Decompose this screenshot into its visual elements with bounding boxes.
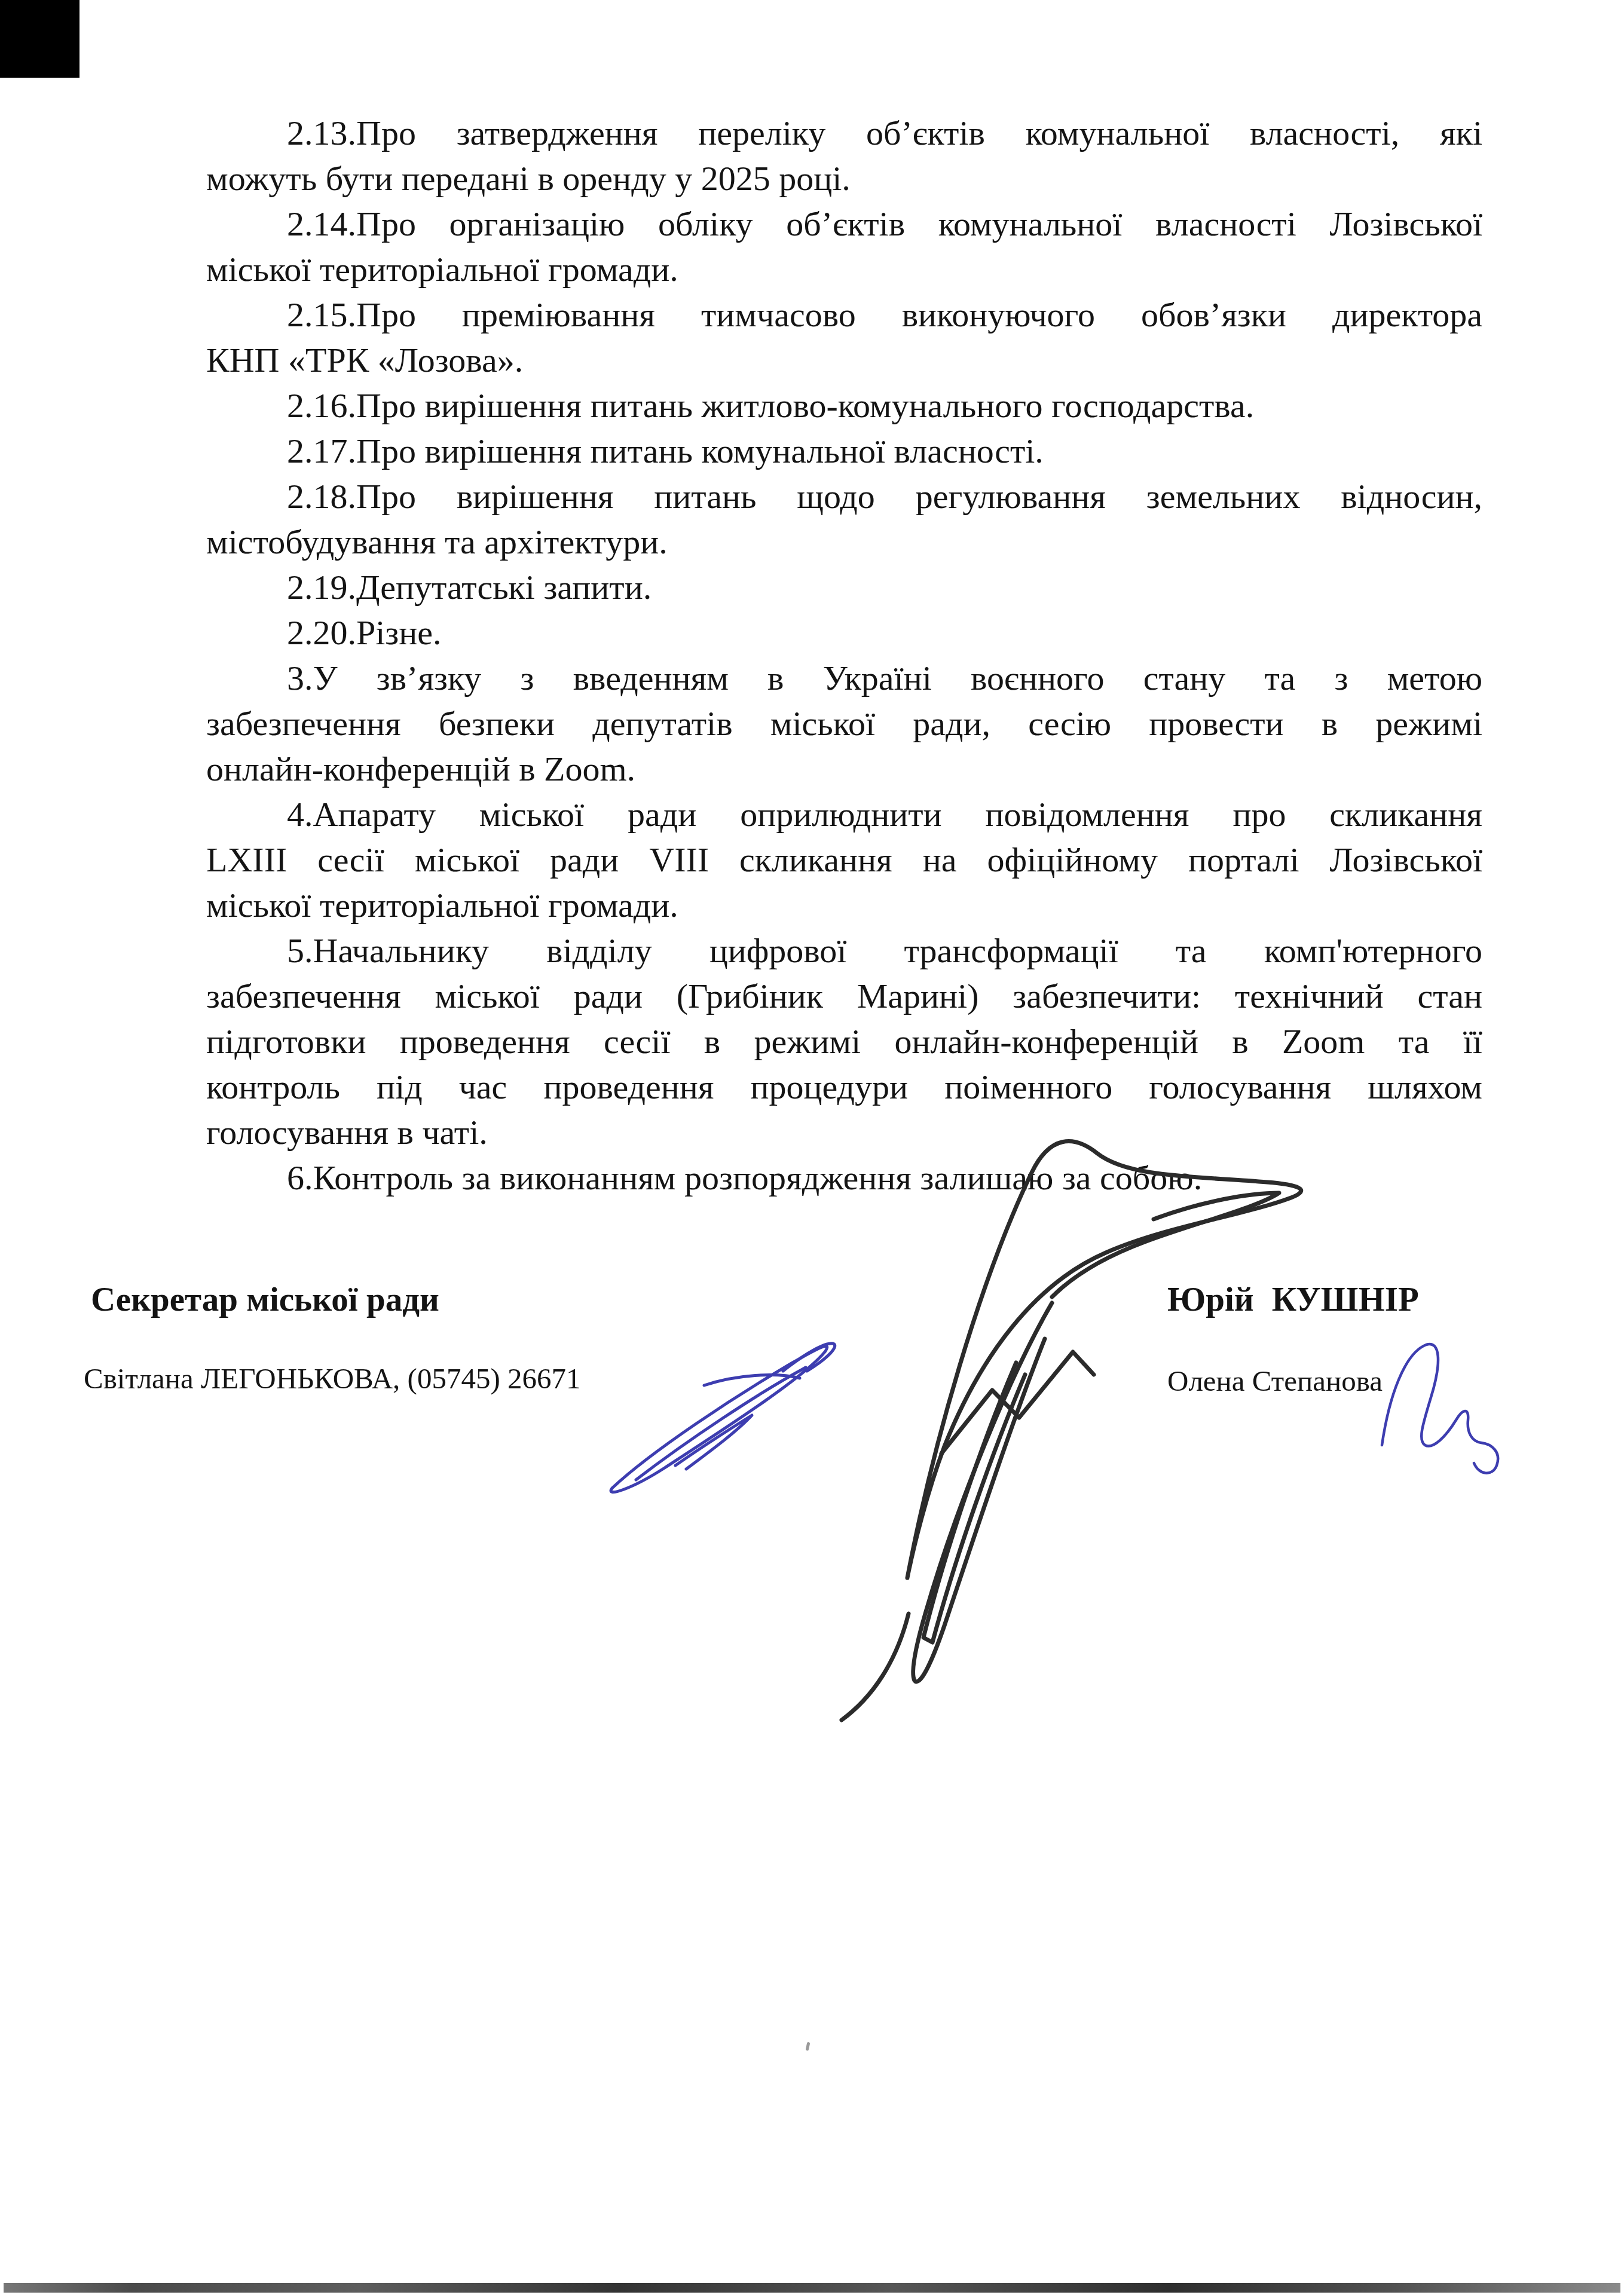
- scan-corner-artifact: [0, 0, 79, 78]
- signatory-title: Секретар міської ради: [91, 1280, 439, 1319]
- document-line: 2.15.Про преміювання тимчасово виконуючо…: [206, 292, 1482, 338]
- document-body: 2.13.Про затвердження переліку об’єктів …: [206, 111, 1482, 1201]
- document-line: 2.13.Про затвердження переліку об’єктів …: [206, 111, 1482, 156]
- document-line: 2.18.Про вирішення питань щодо регулюван…: [206, 474, 1482, 519]
- document-line: 2.17.Про вирішення питань комунальної вл…: [206, 429, 1482, 474]
- contact-line: Світлана ЛЕГОНЬКОВА, (05745) 26671: [84, 1361, 580, 1396]
- document-line: 2.20.Різне.: [206, 610, 1482, 656]
- document-line: 2.14.Про організацію обліку об’єктів ком…: [206, 201, 1482, 247]
- document-line: підготовки проведення сесії в режимі онл…: [206, 1019, 1482, 1064]
- document-line: міської територіальної громади.: [206, 247, 1482, 292]
- document-line: забезпечення міської ради (Грибіник Мари…: [206, 974, 1482, 1019]
- signatory-name: Юрій КУШНІР: [1167, 1280, 1419, 1319]
- document-line: 3.У зв’язку з введенням в Україні воєнно…: [206, 656, 1482, 701]
- document-line: 6.Контроль за виконанням розпорядження з…: [206, 1155, 1482, 1201]
- document-line: можуть бути передані в оренду у 2025 роц…: [206, 156, 1482, 201]
- scanned-document-page: 2.13.Про затвердження переліку об’єктів …: [0, 0, 1624, 2295]
- signatures-layer: [568, 1124, 1584, 1757]
- document-line: онлайн-конференцій в Zoom.: [206, 746, 1482, 792]
- document-line: забезпечення безпеки депутатів міської р…: [206, 701, 1482, 746]
- scan-speck: [806, 2042, 811, 2051]
- document-line: КНП «ТРК «Лозова».: [206, 338, 1482, 383]
- document-line: містобудування та архітектури.: [206, 519, 1482, 565]
- signature-stepanova-ink: [1382, 1344, 1498, 1473]
- co-signer-name: Олена Степанова: [1167, 1364, 1383, 1398]
- document-line: LXIII сесії міської ради VIII скликання …: [206, 837, 1482, 883]
- document-line: 2.19.Депутатські запити.: [206, 565, 1482, 610]
- signature-kushnir-ink: [842, 1142, 1301, 1720]
- document-line: міської територіальної громади.: [206, 883, 1482, 928]
- document-line: контроль під час проведення процедури по…: [206, 1064, 1482, 1110]
- document-line: 4.Апарату міської ради оприлюднити повід…: [206, 792, 1482, 837]
- document-line: 5.Начальнику відділу цифрової трансформа…: [206, 928, 1482, 974]
- document-line: 2.16.Про вирішення питань житлово-комуна…: [206, 383, 1482, 429]
- signature-legonkova-ink: [611, 1344, 835, 1492]
- document-line: голосування в чаті.: [206, 1110, 1482, 1155]
- scan-edge-artifact: [4, 2283, 1620, 2293]
